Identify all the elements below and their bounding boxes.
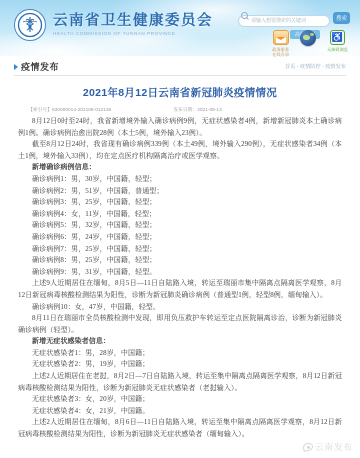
mailbox-caption: 政务服务 在线办事 xyxy=(272,47,289,57)
site-logo xyxy=(14,9,46,41)
triangle-bullet-icon xyxy=(14,64,18,70)
site-names: 云南省卫生健康委员会 HEALTH COMMISSION OF YUNNAN P… xyxy=(53,14,213,36)
case-line: 确诊病例3：男，25岁，中国籍，轻型； xyxy=(18,197,342,209)
article-title: 2021年8月12日云南省新冠肺炎疫情情况 xyxy=(18,85,342,100)
page: 云南省卫生健康委员会 HEALTH COMMISSION OF YUNNAN P… xyxy=(0,0,360,458)
site-branding[interactable]: 云南省卫生健康委员会 HEALTH COMMISSION OF YUNNAN P… xyxy=(14,9,213,41)
section-bar: 疫情发布 首页 - 疫情防控 - 疫情发布 xyxy=(14,58,346,76)
accessibility-caption: 无障碍浏览 xyxy=(327,47,348,53)
body-paragraph: 上述9人近期居住在缅甸，8月5日—11日自陆路入境，转运至瑞丽市集中隔离点隔离医… xyxy=(18,278,342,301)
body-paragraph: 上述2人近期居住在缅甸，8月6日—11日自陆路入境，转运至集中隔离点隔离医学观察… xyxy=(18,417,342,440)
case-line: 无症状感染者1：男，28岁，中国籍； xyxy=(18,348,342,360)
globe-icon xyxy=(300,30,316,46)
weibo-watermark: 云南发布 xyxy=(303,441,353,453)
weibo-icon xyxy=(302,442,313,452)
case-line: 确诊病例7：男，25岁，中国籍，轻型； xyxy=(18,244,342,256)
case-line: 确诊病例10：女，47岁，中国籍，轻型。 xyxy=(18,302,342,314)
meta-publish-date: 发布日期：2021-08-13 xyxy=(173,106,222,113)
body-paragraph: 8月11日在瑞丽市全员核酸检测中发现，即用负压救护车转运至定点医院隔离诊治，诊断… xyxy=(18,313,342,336)
article-body: 8月12日0时至24时，我省新增境外输入确诊病例9例，无症状感染者4例，新增新冠… xyxy=(18,116,342,441)
case-line: 无症状感染者3：女，20岁，中国籍； xyxy=(18,394,342,406)
site-title: 云南省卫生健康委员会 xyxy=(53,14,213,29)
site-title-english: HEALTH COMMISSION OF YUNNAN PROVINCE xyxy=(53,31,213,36)
case-line: 确诊病例6：男，24岁，中国籍，轻型； xyxy=(18,232,342,244)
body-subheading: 新增无症状感染者信息： xyxy=(18,336,342,348)
quick-link-accessibility[interactable]: ♿ 无障碍浏览 xyxy=(327,30,348,53)
watermark-label: 云南发布 xyxy=(315,441,353,453)
body-subheading: 新增确诊病例信息： xyxy=(18,162,342,174)
body-paragraph: 8月12日0时至24时，我省新增境外输入确诊病例9例，无症状感染者4例，新增新冠… xyxy=(18,116,342,139)
quick-link-weibo[interactable] xyxy=(300,30,316,46)
case-line: 无症状感染者4：女，21岁，中国籍。 xyxy=(18,406,342,418)
site-header-banner: 云南省卫生健康委员会 HEALTH COMMISSION OF YUNNAN P… xyxy=(0,0,360,56)
article-meta: 【索引号】530000014-202108-012135 发布日期：2021-0… xyxy=(28,106,342,113)
accessibility-icon: ♿ xyxy=(330,30,345,45)
case-line: 确诊病例1：男，30岁，中国籍，轻型； xyxy=(18,174,342,186)
case-line: 确诊病例9：男，31岁，中国籍，轻型。 xyxy=(18,267,342,279)
section-title: 疫情发布 xyxy=(21,60,59,73)
breadcrumb[interactable]: 首页 - 疫情防控 - 疫情发布 xyxy=(285,63,346,70)
case-line: 确诊病例4：女，11岁，中国籍，轻型； xyxy=(18,209,342,221)
case-line: 无症状感染者2：男，19岁，中国籍； xyxy=(18,359,342,371)
search-icon xyxy=(241,12,248,19)
body-paragraph: 截至8月12日24时，我省现有确诊病例339例（本土49例，境外输入290例），… xyxy=(18,139,342,162)
article: 2021年8月12日云南省新冠肺炎疫情情况 【索引号】530000014-202… xyxy=(0,85,360,441)
meta-index-number: 【索引号】530000014-202108-012135 xyxy=(28,106,111,113)
quick-link-mailbox[interactable]: 政务服务 在线办事 xyxy=(272,30,289,57)
case-line: 确诊病例2：男，51岁，中国籍，普通型； xyxy=(18,186,342,198)
body-paragraph: 上述2人近期居住在老挝，8月2日—7日自陆路入境，转运至集中隔离点隔离医学观察，… xyxy=(18,371,342,394)
quick-links: 政务服务 在线办事 ♿ 无障碍浏览 xyxy=(272,30,348,57)
health-commission-emblem-icon xyxy=(17,12,43,38)
mailbox-icon xyxy=(273,30,289,45)
search-input[interactable] xyxy=(238,15,330,27)
case-line: 确诊病例8：男，25岁，中国籍，轻型； xyxy=(18,255,342,267)
search-button[interactable]: 搜索 xyxy=(333,12,350,24)
case-line: 确诊病例5：男，32岁，中国籍，轻型； xyxy=(18,220,342,232)
